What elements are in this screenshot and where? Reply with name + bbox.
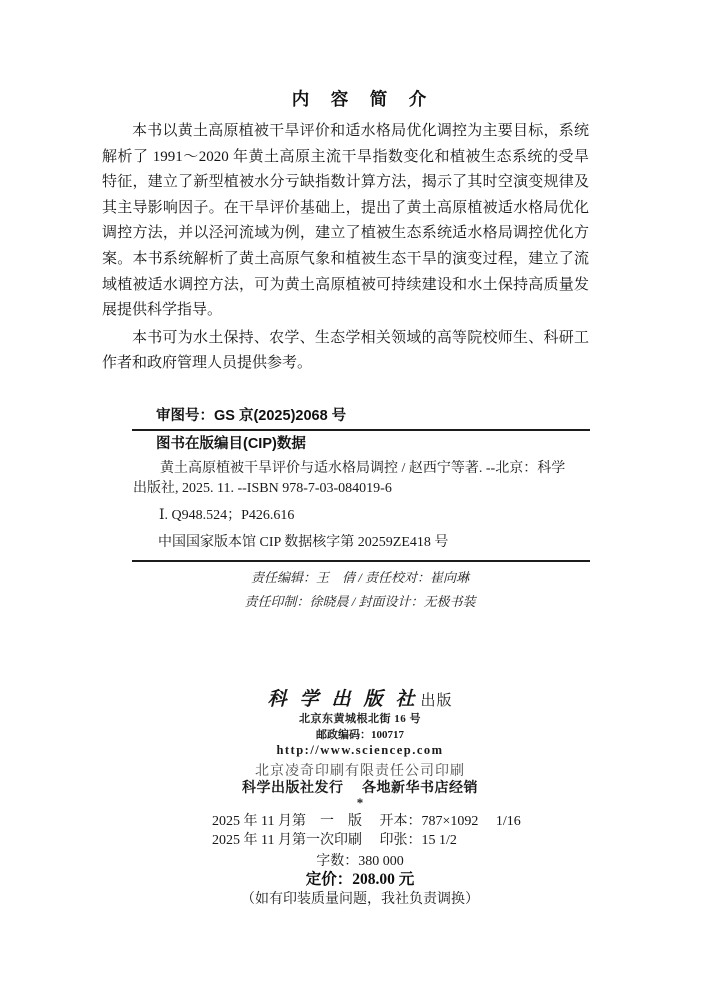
paragraph-line: 特征，建立了新型植被水分亏缺指数计算方法，揭示了其时空演变规律及 (102, 170, 589, 196)
paragraph-line: 调控方法，并以泾河流域为例，建立了植被生态系统适水格局调控优化方 (102, 221, 589, 247)
credits-line-1: 责任编辑：王 倩 / 责任校对：崔向琳 (0, 566, 720, 590)
paragraph-line: 案。本书系统解析了黄土高原气象和植被生态干旱的演变过程，建立了流 (102, 247, 589, 273)
publisher-website: http://www.sciencep.com (0, 743, 720, 758)
cip-description: 黄土高原植被干旱评价与适水格局调控 / 赵西宁等著. --北京：科学 出版社, … (132, 459, 590, 498)
edition-line-2: 2025 年 11 月第一次印刷 印张：15 1/2 (212, 831, 521, 850)
publisher-logo-text: 科学出版社 (267, 689, 427, 710)
separator-star: * (0, 795, 720, 811)
paragraph-line: 其主导影响因子。在干旱评价基础上，提出了黄土高原植被适水格局优化 (102, 196, 589, 222)
price: 定价：208.00 元 (0, 867, 720, 889)
paragraph-line: 本书可为水土保持、农学、生态学相关领域的高等院校师生、科研工 (102, 326, 589, 352)
paragraph-line: 域植被适水调控方法，可为黄土高原植被可持续建设和水土保持高质量发 (102, 273, 589, 299)
edition-line-1: 2025 年 11 月第 一 版 开本：787×1092 1/16 (212, 812, 521, 831)
publisher-logo-suffix: 出版 (421, 693, 453, 709)
edition-info: 2025 年 11 月第 一 版 开本：787×1092 1/16 2025 年… (212, 812, 521, 850)
cip-heading: 图书在版编目(CIP)数据 (156, 436, 590, 453)
cip-description-line-1: 黄土高原植被干旱评价与适水格局调控 / 赵西宁等著. --北京：科学 (160, 459, 590, 479)
cip-data-box: 图书在版编目(CIP)数据 黄土高原植被干旱评价与适水格局调控 / 赵西宁等著.… (132, 429, 590, 562)
quality-notice: （如有印装质量问题，我社负责调换） (0, 888, 720, 908)
paragraph-line: 作者和政府管理人员提供参考。 (102, 351, 589, 377)
publisher-imprint: 科学出版社出版 (0, 684, 720, 711)
cip-description-line-2: 出版社, 2025. 11. --ISBN 978-7-03-084019-6 (133, 479, 590, 499)
page-title: 内 容 简 介 (0, 86, 720, 111)
distribution-line: 科学出版社发行 各地新华书店经销 (0, 777, 720, 797)
paragraph-line: 解析了 1991～2020 年黄土高原主流干旱指数变化和植被生态系统的受旱 (102, 145, 589, 171)
cip-classification: Ⅰ. Q948.524；P426.616 (159, 507, 590, 524)
intro-paragraph-2: 本书可为水土保持、农学、生态学相关领域的高等院校师生、科研工作者和政府管理人员提… (102, 326, 589, 377)
paragraph-line: 展提供科学指导。 (102, 298, 589, 324)
cip-record-number: 中国国家版本馆 CIP 数据核字第 20259ZE418 号 (158, 534, 590, 551)
publisher-postcode: 邮政编码：100717 (0, 726, 720, 742)
content-summary: 本书以黄土高原植被干旱评价和适水格局优化调控为主要目标，系统解析了 1991～2… (102, 119, 589, 377)
intro-paragraph-1: 本书以黄土高原植被干旱评价和适水格局优化调控为主要目标，系统解析了 1991～2… (102, 119, 589, 324)
copyright-page: 内 容 简 介 本书以黄土高原植被干旱评价和适水格局优化调控为主要目标，系统解析… (0, 0, 720, 1000)
staff-credits: 责任编辑：王 倩 / 责任校对：崔向琳 责任印制：徐晓晨 / 封面设计：无极书装 (0, 566, 720, 613)
credits-line-2: 责任印制：徐晓晨 / 封面设计：无极书装 (0, 590, 720, 614)
publisher-address: 北京东黄城根北街 16 号 (0, 710, 720, 726)
paragraph-line: 本书以黄土高原植被干旱评价和适水格局优化调控为主要目标，系统 (102, 119, 589, 145)
map-approval-number: 审图号：GS 京(2025)2068 号 (156, 404, 346, 425)
